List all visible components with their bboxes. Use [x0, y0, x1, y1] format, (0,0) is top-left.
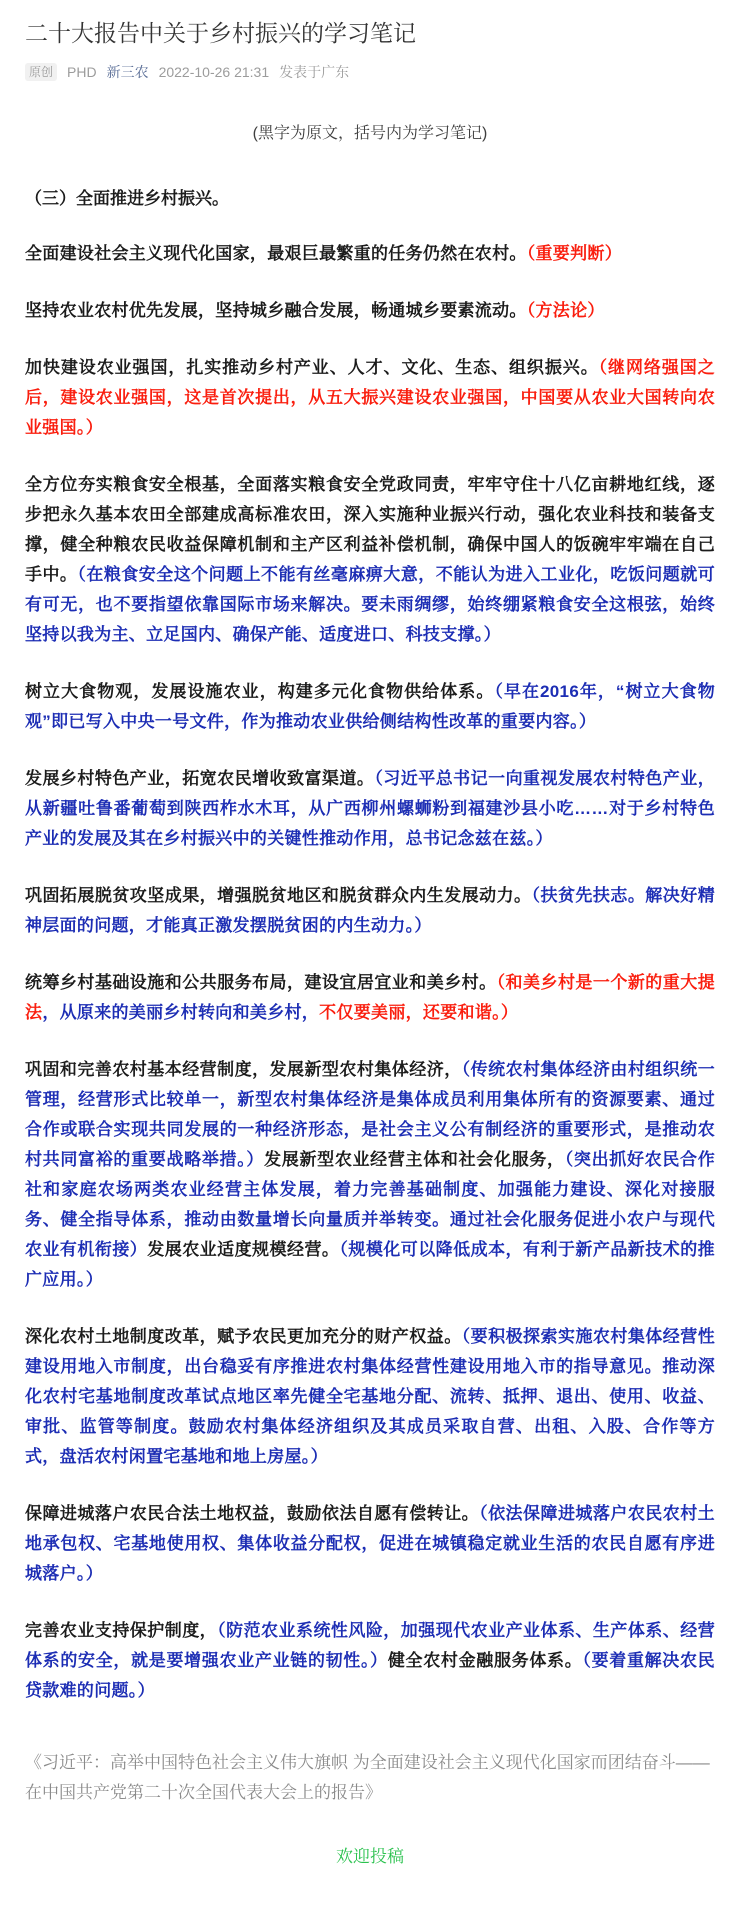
paragraph: 全方位夯实粮食安全根基，全面落实粮食安全党政同责，牢牢守住十八亿亩耕地红线，逐步… [25, 470, 715, 650]
paragraph: 坚持农业农村优先发展，坚持城乡融合发展，畅通城乡要素流动。（方法论） [25, 296, 715, 326]
paragraph: 巩固和完善农村基本经营制度，发展新型农村集体经济，（传统农村集体经济由村组织统一… [25, 1055, 715, 1295]
text-segment: 树立大食物观，发展设施农业，构建多元化食物供给体系。 [25, 682, 494, 701]
section-heading: （三）全面推进乡村振兴。 [25, 186, 715, 212]
text-segment: （重要判断） [527, 244, 622, 263]
text-segment: 不仅要美丽，还要和谐。） [319, 1003, 518, 1022]
paragraph: 发展乡村特色产业，拓宽农民增收致富渠道。（习近平总书记一向重视发展农村特色产业，… [25, 764, 715, 854]
text-segment: 发展乡村特色产业，拓宽农民增收致富渠道。 [25, 769, 374, 788]
author-name: PHD [67, 64, 97, 80]
publish-location: 发表于广东 [279, 62, 349, 82]
text-segment: 巩固拓展脱贫攻坚成果，增强脱贫地区和脱贫群众内生发展动力。 [25, 886, 532, 905]
text-segment: 加快建设农业强国，扎实推动乡村产业、人才、文化、生态、组织振兴。 [25, 358, 599, 377]
page-title: 二十大报告中关于乡村振兴的学习笔记 [25, 0, 715, 48]
text-segment: 发展新型农业经营主体和社会化服务， [264, 1150, 565, 1169]
text-segment: （方法论） [527, 301, 605, 320]
article-meta: 原创 PHD 新三农 2022-10-26 21:31 发表于广东 [25, 62, 715, 82]
text-segment: 保障进城落户农民合法土地权益，鼓励依法自愿有偿转让。 [25, 1504, 479, 1523]
article-page: 二十大报告中关于乡村振兴的学习笔记 原创 PHD 新三农 2022-10-26 … [0, 0, 740, 1907]
paragraph: 完善农业支持保护制度，（防范农业系统性风险，加强现代农业产业体系、生产体系、经营… [25, 1616, 715, 1706]
text-segment: （在粮食安全这个问题上不能有丝毫麻痹大意，不能认为进入工业化，吃饭问题就可有可无… [25, 565, 715, 644]
text-segment: 健全农村金融服务体系。 [388, 1651, 583, 1670]
text-segment: 坚持农业农村优先发展，坚持城乡融合发展，畅通城乡要素流动。 [25, 301, 527, 320]
paragraph: 加快建设农业强国，扎实推动乡村产业、人才、文化、生态、组织振兴。（继网络强国之后… [25, 353, 715, 443]
paragraph: 巩固拓展脱贫攻坚成果，增强脱贫地区和脱贫群众内生发展动力。（扶贫先扶志。解决好精… [25, 881, 715, 941]
text-segment: ，从原来的美丽乡村转向和美乡村， [42, 1003, 319, 1022]
paragraph: 深化农村土地制度改革，赋予农民更加充分的财产权益。（要积极探索实施农村集体经营性… [25, 1322, 715, 1472]
text-segment: 全面建设社会主义现代化国家，最艰巨最繁重的任务仍然在农村。 [25, 244, 527, 263]
publish-datetime: 2022-10-26 21:31 [159, 64, 270, 80]
submit-link-row: 欢迎投稿 [25, 1842, 715, 1867]
paragraph: 全面建设社会主义现代化国家，最艰巨最繁重的任务仍然在农村。（重要判断） [25, 239, 715, 269]
text-segment: 完善农业支持保护制度， [25, 1621, 217, 1640]
legend-note: (黑字为原文，括号内为学习笔记) [25, 122, 715, 146]
paragraph: 保障进城落户农民合法土地权益，鼓励依法自愿有偿转让。（依法保障进城落户农民农村土… [25, 1499, 715, 1589]
paragraph: 树立大食物观，发展设施农业，构建多元化食物供给体系。（早在2016年，“树立大食… [25, 677, 715, 737]
submit-contribution-link[interactable]: 欢迎投稿 [336, 1847, 404, 1866]
original-badge: 原创 [25, 63, 57, 81]
text-segment: （要积极探索实施农村集体经营性建设用地入市制度，出台稳妥有序推进农村集体经营性建… [25, 1327, 715, 1466]
text-segment: 发展农业适度规模经营。 [147, 1240, 339, 1259]
account-link[interactable]: 新三农 [107, 62, 149, 82]
text-segment: 统筹乡村基础设施和公共服务布局，建设宜居宜业和美乡村。 [25, 973, 497, 992]
article-body: 全面建设社会主义现代化国家，最艰巨最繁重的任务仍然在农村。（重要判断）坚持农业农… [25, 239, 715, 1706]
text-segment: 深化农村土地制度改革，赋予农民更加充分的财产权益。 [25, 1327, 462, 1346]
paragraph: 统筹乡村基础设施和公共服务布局，建设宜居宜业和美乡村。（和美乡村是一个新的重大提… [25, 968, 715, 1028]
text-segment: 巩固和完善农村基本经营制度，发展新型农村集体经济， [25, 1060, 462, 1079]
source-citation: 《习近平：高举中国特色社会主义伟大旗帜 为全面建设社会主义现代化国家而团结奋斗—… [25, 1748, 715, 1808]
